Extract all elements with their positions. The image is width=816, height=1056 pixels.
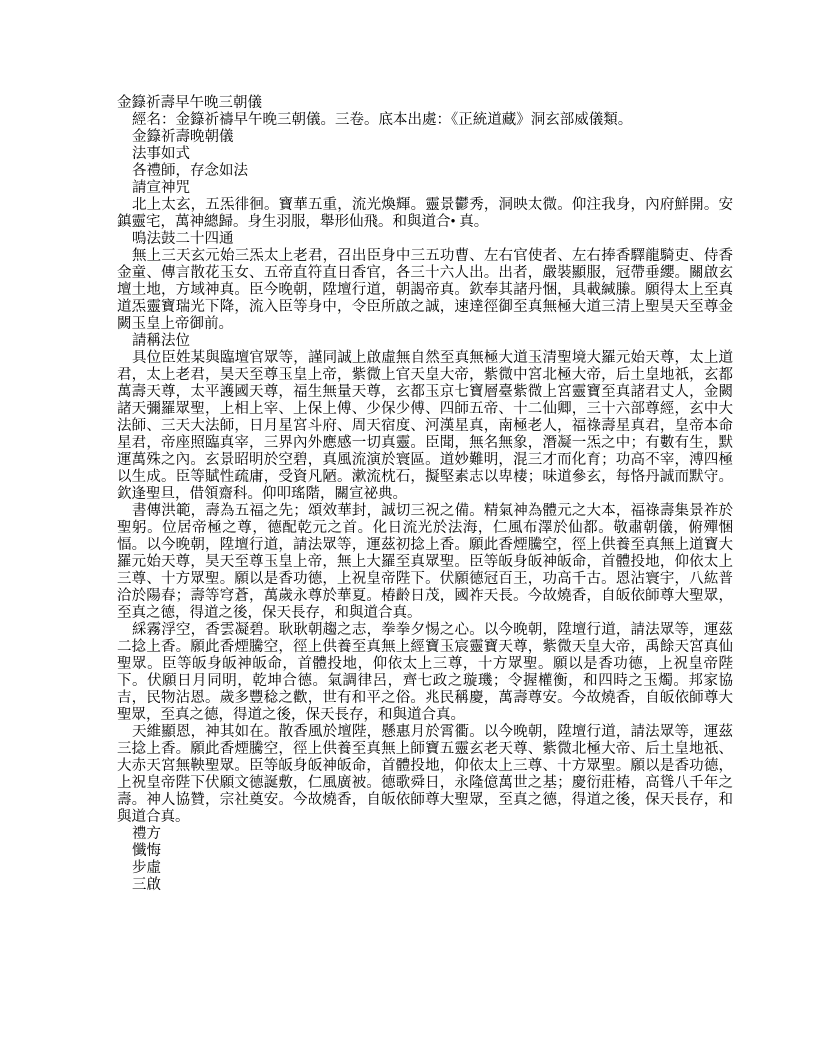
body-paragraph: 具位臣姓某與臨壇官眾等，謹同誠上啟虛無自然至真無極大道玉清聖境大羅元始天尊，太上… xyxy=(117,350,733,503)
section-label: 懺悔 xyxy=(117,843,733,860)
section-label: 鳴法鼓二十四通 xyxy=(117,231,733,248)
body-paragraph: 無上三天玄元始三炁太上老君，召出臣身中三五功曹、左右官使者、左右捧香驛龍騎吏、侍… xyxy=(117,248,733,333)
section-label: 請稱法位 xyxy=(117,333,733,350)
body-paragraph: 天維顯恩，神其如在。散香風於壇陛，懸惠月於霄衢。以今晚朝，陞壇行道，請法眾等，運… xyxy=(117,724,733,826)
instruction-line: 法事如式 xyxy=(117,146,733,163)
section-label: 步虛 xyxy=(117,860,733,877)
instruction-line: 各禮師，存念如法 xyxy=(117,163,733,180)
doc-subtitle: 金籙祈壽晚朝儀 xyxy=(117,129,733,146)
body-paragraph: 綵霧浮空，香雲凝碧。耿耿朝趨之志，拳拳夕惕之心。以今晚朝，陞壇行道，請法眾等，運… xyxy=(117,622,733,724)
document-page: 金籙祈壽早午晚三朝儀 經名：金籙祈禱早午晚三朝儀。三卷。底本出處：《正統道藏》洞… xyxy=(117,95,733,894)
section-label: 三啟 xyxy=(117,877,733,894)
section-label: 禮方 xyxy=(117,826,733,843)
doc-title: 金籙祈壽早午晚三朝儀 xyxy=(117,95,733,112)
body-paragraph: 書傳洪範，壽為五福之先；頌效華封，誠切三祝之備。精氣神為體元之大本，福祿壽集景祚… xyxy=(117,503,733,622)
incantation-paragraph: 北上太玄，五炁徘徊。寶華五重，流光煥輝。靈景鬱秀，洞映太微。仰注我身，內府鮮開。… xyxy=(117,197,733,231)
section-label: 請宣神咒 xyxy=(117,180,733,197)
scripture-note: 經名：金籙祈禱早午晚三朝儀。三卷。底本出處：《正統道藏》洞玄部威儀類。 xyxy=(117,112,733,129)
